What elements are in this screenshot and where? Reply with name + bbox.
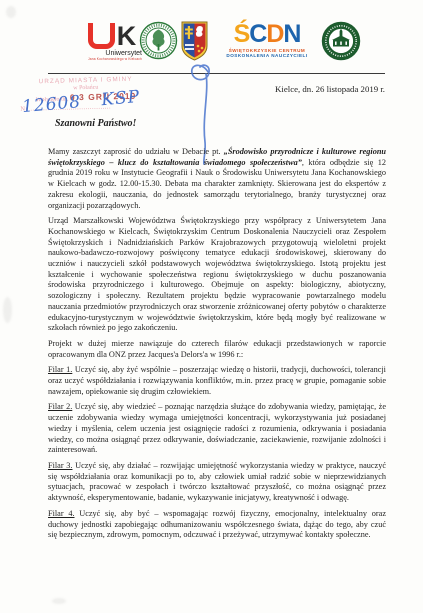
scdn-letter-d: D <box>266 20 283 48</box>
scdn-letter-c: C <box>249 20 266 48</box>
paragraph-filar-3: Filar 3. Uczyć się, aby działać – rozwij… <box>48 461 386 504</box>
scanned-letter-page: K Uniwersytet Jana Kochanowskiego w Kiel… <box>0 0 423 613</box>
scdn-caption-line2: DOSKONALENIA NAUCZYCIELI <box>217 53 317 58</box>
uk-logo-icon: K <box>74 21 148 49</box>
green-seal-building-icon <box>321 21 361 66</box>
handwritten-number: 12608 <box>21 92 82 117</box>
paragraph-filar-1: Filar 1. Uczyć się, aby żyć wspólnie – p… <box>48 365 386 397</box>
scdn-letters: ŚCDN <box>217 22 317 47</box>
green-seal-tree-icon <box>139 21 178 65</box>
paragraph-project-description: Urząd Marszałkowski Województwa Świętokr… <box>48 216 386 334</box>
paragraph-invitation: Mamy zaszczyt zaprosić do udziału w Deba… <box>48 147 386 211</box>
scan-smudge <box>3 297 12 323</box>
scdn-letter-s: Ś <box>234 20 250 48</box>
uk-logo-sublabel: Jana Kochanowskiego w Kielcach <box>74 57 148 61</box>
letter-body: Mamy zaszczyt zaprosić do udziału w Deba… <box>48 147 386 546</box>
scdn-logo: ŚCDN ŚWIĘTOKRZYSKIE CENTRUM DOSKONALENIA… <box>217 22 317 58</box>
paragraph-filar-4: Filar 4. Uczyć się, aby być – wspomagają… <box>48 509 386 541</box>
uk-logo-label: Uniwersytet <box>74 50 148 57</box>
paragraph-filar-2: Filar 2. Uczyć się, aby wiedzieć – pozna… <box>48 402 386 456</box>
scdn-letter-n: N <box>283 20 300 48</box>
handwritten-suffix: KSP <box>101 87 141 110</box>
uk-logo-k-letter: K <box>117 23 135 49</box>
university-uk-logo: K Uniwersytet Jana Kochanowskiego w Kiel… <box>74 21 148 61</box>
scan-smudge <box>6 6 16 18</box>
letter-salutation: Szanowni Państwo! <box>55 118 136 129</box>
scan-smudge <box>52 598 66 604</box>
paragraph-four-pillars-intro: Projekt w dużej mierze nawiązuje do czte… <box>48 339 386 360</box>
uk-logo-u-shape <box>88 23 115 49</box>
letter-dateline: Kielce, dn. 26 listopada 2019 r. <box>275 84 385 94</box>
